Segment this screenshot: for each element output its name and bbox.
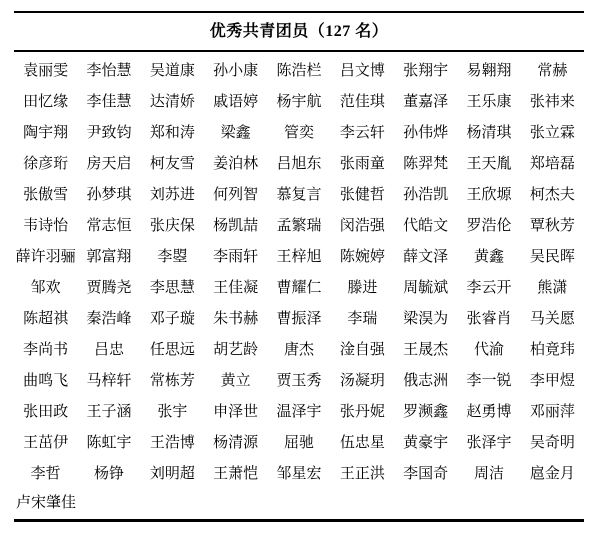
member-name: 王天胤	[457, 152, 520, 173]
member-name: 伍忠星	[331, 431, 394, 452]
table-row: 张田政王子涵张宇申泽世温泽宇张丹妮罗濒鑫赵勇博邓丽萍	[14, 395, 584, 426]
member-name: 张宇	[141, 400, 204, 421]
footer-member-name: 卢宋肇佳	[14, 488, 584, 519]
member-name: 李国奇	[394, 462, 457, 483]
member-name: 汤凝玥	[331, 369, 394, 390]
member-name: 俄志洲	[394, 369, 457, 390]
member-name: 屈驰	[267, 431, 330, 452]
member-name: 代皓文	[394, 214, 457, 235]
member-name: 张雨童	[331, 152, 394, 173]
member-name: 罗浩伦	[457, 214, 520, 235]
member-name: 唐杰	[267, 338, 330, 359]
member-name: 孙伟烨	[394, 121, 457, 142]
member-name: 房天启	[77, 152, 140, 173]
member-name: 郑和涛	[141, 121, 204, 142]
member-name: 覃秋芳	[521, 214, 584, 235]
table-row: 韦诗怡常志恒张庆保杨凯喆孟繁瑞闵浩强代皓文罗浩伦覃秋芳	[14, 209, 584, 240]
names-grid: 袁丽雯李怡慧吴道康孙小康陈浩栏吕文博张翔宇易翱翔常赫田忆缘李佳慧达清娇戚语婷杨宇…	[14, 52, 584, 488]
member-name: 杨铮	[77, 462, 140, 483]
member-name: 黄豪宇	[394, 431, 457, 452]
member-name: 扈金月	[521, 462, 584, 483]
member-name: 李怡慧	[77, 59, 140, 80]
member-name: 李曌	[141, 245, 204, 266]
member-name: 王浩博	[141, 431, 204, 452]
member-name: 易翱翔	[457, 59, 520, 80]
member-name: 慕复言	[267, 183, 330, 204]
table-row: 陈超祺秦浩峰邓子璇朱书赫曹振泽李瑞梁淏为张睿肖马关愿	[14, 302, 584, 333]
member-name: 李雨轩	[204, 245, 267, 266]
table-row: 曲鸣飞马梓轩常栋芳黄立贾玉秀汤凝玥俄志洲李一锐李甲煜	[14, 364, 584, 395]
member-name: 张祎来	[521, 90, 584, 111]
table-title: 优秀共青团员（127 名）	[14, 13, 584, 52]
member-name: 邹欢	[14, 276, 77, 297]
member-name: 柏竟玮	[521, 338, 584, 359]
member-name: 张傲雪	[14, 183, 77, 204]
member-name: 马梓轩	[77, 369, 140, 390]
member-name: 张丹妮	[331, 400, 394, 421]
member-name: 董嘉泽	[394, 90, 457, 111]
member-name: 刘苏进	[141, 183, 204, 204]
member-name: 尹致钧	[77, 121, 140, 142]
member-name: 范佳琪	[331, 90, 394, 111]
member-name: 李瑞	[331, 307, 394, 328]
member-name: 李哲	[14, 462, 77, 483]
member-name: 孙梦琪	[77, 183, 140, 204]
member-name: 王欣塬	[457, 183, 520, 204]
member-name: 张庆保	[141, 214, 204, 235]
member-name: 黄立	[204, 369, 267, 390]
table-row: 张傲雪孙梦琪刘苏进何列智慕复言张健哲孙浩凯王欣塬柯杰夫	[14, 178, 584, 209]
member-name: 袁丽雯	[14, 59, 77, 80]
member-name: 张健哲	[331, 183, 394, 204]
member-name: 秦浩峰	[77, 307, 140, 328]
member-name: 张翔宇	[394, 59, 457, 80]
member-name: 何列智	[204, 183, 267, 204]
member-name: 柯杰夫	[521, 183, 584, 204]
member-name: 王乐康	[457, 90, 520, 111]
member-name: 申泽世	[204, 400, 267, 421]
member-name: 淦自强	[331, 338, 394, 359]
table-row: 邹欢贾腾尧李思慧王佳凝曹耀仁滕进周毓斌李云开熊潇	[14, 271, 584, 302]
member-name: 温泽宇	[267, 400, 330, 421]
member-name: 代渝	[457, 338, 520, 359]
member-name: 王萧恺	[204, 462, 267, 483]
member-name: 吕旭东	[267, 152, 330, 173]
member-name: 周毓斌	[394, 276, 457, 297]
member-name: 薛文泽	[394, 245, 457, 266]
member-name: 邓丽萍	[521, 400, 584, 421]
table-row: 田忆缘李佳慧达清娇戚语婷杨宇航范佳琪董嘉泽王乐康张祎来	[14, 85, 584, 116]
member-name: 郭富翔	[77, 245, 140, 266]
member-name: 吕文博	[331, 59, 394, 80]
member-name: 李思慧	[141, 276, 204, 297]
member-name: 马关愿	[521, 307, 584, 328]
document-page: 优秀共青团员（127 名） 袁丽雯李怡慧吴道康孙小康陈浩栏吕文博张翔宇易翱翔常赫…	[0, 0, 598, 538]
member-name: 薛许羽骊	[14, 245, 77, 266]
member-name: 王茁伊	[14, 431, 77, 452]
member-name: 郑培磊	[521, 152, 584, 173]
member-name: 张立霖	[521, 121, 584, 142]
member-name: 邓子璇	[141, 307, 204, 328]
member-name: 王梓旭	[267, 245, 330, 266]
member-name: 任思远	[141, 338, 204, 359]
member-name: 梁鑫	[204, 121, 267, 142]
member-name: 陈婉婷	[331, 245, 394, 266]
member-name: 曹耀仁	[267, 276, 330, 297]
member-name: 陈羿梵	[394, 152, 457, 173]
member-name: 胡艺龄	[204, 338, 267, 359]
member-name: 达清娇	[141, 90, 204, 111]
member-name: 王晟杰	[394, 338, 457, 359]
member-name: 李一锐	[457, 369, 520, 390]
member-name: 吴道康	[141, 59, 204, 80]
member-name: 李尚书	[14, 338, 77, 359]
member-name: 姜泊林	[204, 152, 267, 173]
member-name: 罗濒鑫	[394, 400, 457, 421]
member-name: 朱书赫	[204, 307, 267, 328]
member-name: 吴民晖	[521, 245, 584, 266]
member-name: 管奕	[267, 121, 330, 142]
member-name: 常栋芳	[141, 369, 204, 390]
member-name: 张田政	[14, 400, 77, 421]
member-name: 韦诗怡	[14, 214, 77, 235]
member-name: 李云轩	[331, 121, 394, 142]
table-row: 陶宇翔尹致钧郑和涛梁鑫管奕李云轩孙伟烨杨清琪张立霖	[14, 116, 584, 147]
member-name: 王子涵	[77, 400, 140, 421]
member-name: 杨宇航	[267, 90, 330, 111]
table-row: 王茁伊陈虹宇王浩博杨清源屈驰伍忠星黄豪宇张泽宇吴奇明	[14, 426, 584, 457]
table-row: 徐彦珩房天启柯友雪姜泊林吕旭东张雨童陈羿梵王天胤郑培磊	[14, 147, 584, 178]
table-row: 李哲杨铮刘明超王萧恺邹星宏王正洪李国奇周洁扈金月	[14, 457, 584, 488]
member-name: 张睿肖	[457, 307, 520, 328]
member-name: 田忆缘	[14, 90, 77, 111]
member-name: 王佳凝	[204, 276, 267, 297]
member-name: 孟繁瑞	[267, 214, 330, 235]
member-name: 王正洪	[331, 462, 394, 483]
table-row: 李尚书吕忠任思远胡艺龄唐杰淦自强王晟杰代渝柏竟玮	[14, 333, 584, 364]
member-name: 陶宇翔	[14, 121, 77, 142]
table-row: 袁丽雯李怡慧吴道康孙小康陈浩栏吕文博张翔宇易翱翔常赫	[14, 54, 584, 85]
member-name: 张泽宇	[457, 431, 520, 452]
member-name: 杨凯喆	[204, 214, 267, 235]
member-name: 滕进	[331, 276, 394, 297]
member-name: 陈虹宇	[77, 431, 140, 452]
member-name: 吴奇明	[521, 431, 584, 452]
member-name: 邹星宏	[267, 462, 330, 483]
member-name: 梁淏为	[394, 307, 457, 328]
member-name: 李甲煜	[521, 369, 584, 390]
member-name: 柯友雪	[141, 152, 204, 173]
member-name: 常赫	[521, 59, 584, 80]
member-name: 熊潇	[521, 276, 584, 297]
member-name: 李云开	[457, 276, 520, 297]
member-name: 贾玉秀	[267, 369, 330, 390]
award-members-table: 优秀共青团员（127 名） 袁丽雯李怡慧吴道康孙小康陈浩栏吕文博张翔宇易翱翔常赫…	[14, 11, 584, 522]
member-name: 徐彦珩	[14, 152, 77, 173]
member-name: 黄鑫	[457, 245, 520, 266]
member-name: 孙小康	[204, 59, 267, 80]
member-name: 李佳慧	[77, 90, 140, 111]
member-name: 陈超祺	[14, 307, 77, 328]
member-name: 曲鸣飞	[14, 369, 77, 390]
table-row: 薛许羽骊郭富翔李曌李雨轩王梓旭陈婉婷薛文泽黄鑫吴民晖	[14, 240, 584, 271]
member-name: 刘明超	[141, 462, 204, 483]
member-name: 戚语婷	[204, 90, 267, 111]
member-name: 常志恒	[77, 214, 140, 235]
member-name: 贾腾尧	[77, 276, 140, 297]
member-name: 杨清琪	[457, 121, 520, 142]
member-name: 吕忠	[77, 338, 140, 359]
member-name: 陈浩栏	[267, 59, 330, 80]
member-name: 赵勇博	[457, 400, 520, 421]
member-name: 孙浩凯	[394, 183, 457, 204]
member-name: 曹振泽	[267, 307, 330, 328]
member-name: 闵浩强	[331, 214, 394, 235]
member-name: 周洁	[457, 462, 520, 483]
member-name: 杨清源	[204, 431, 267, 452]
